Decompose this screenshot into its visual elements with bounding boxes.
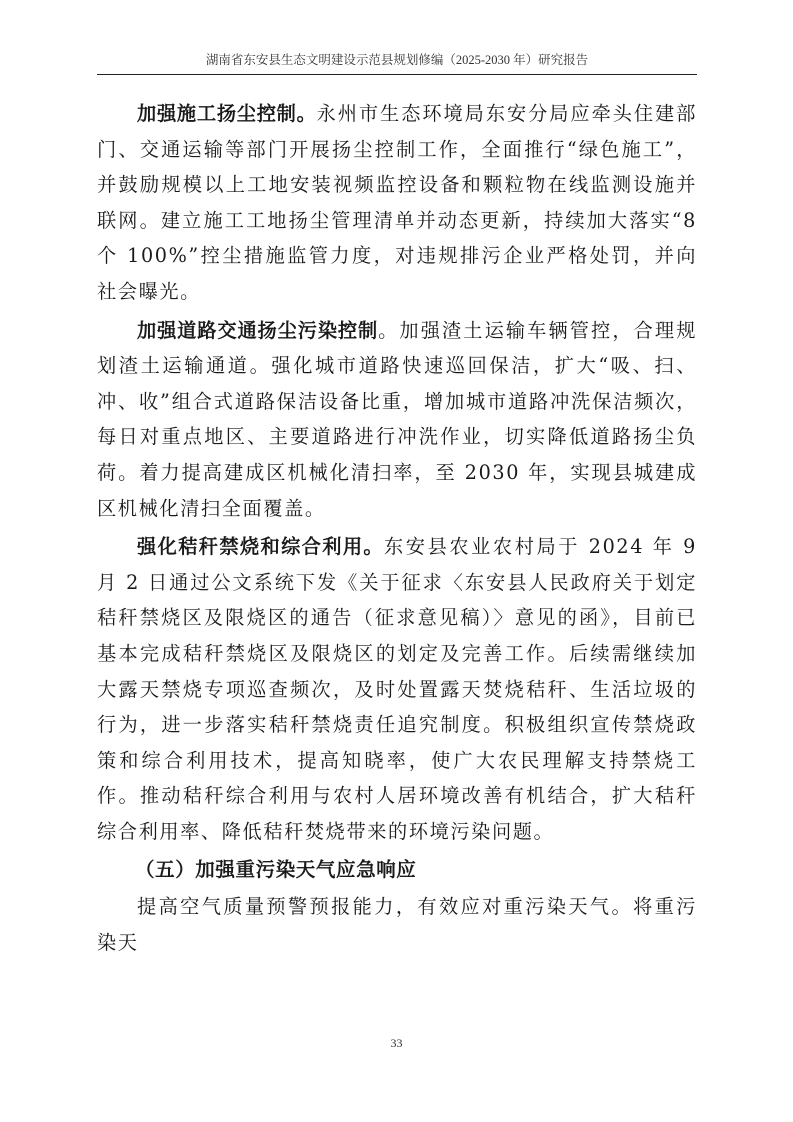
paragraph-lead: 强化秸秆禁烧和综合利用。 bbox=[137, 535, 384, 558]
paragraph-text: 。加强渣土运输车辆管控，合理规划渣土运输通道。强化城市道路快速巡回保洁，扩大“吸… bbox=[97, 319, 697, 520]
paragraph-text: 永州市生态环境局东安分局应牵头住建部门、交通运输等部门开展扬尘控制工作，全面推行… bbox=[97, 102, 697, 303]
page-body: 加强施工扬尘控制。永州市生态环境局东安分局应牵头住建部门、交通运输等部门开展扬尘… bbox=[97, 96, 697, 961]
paragraph-construction-dust: 加强施工扬尘控制。永州市生态环境局东安分局应牵头住建部门、交通运输等部门开展扬尘… bbox=[97, 96, 697, 310]
running-header-title: 湖南省东安县生态文明建设示范县规划修编（2025-2030 年）研究报告 bbox=[206, 53, 588, 67]
paragraph-heavy-pollution: 提高空气质量预警预报能力，有效应对重污染天气。将重污染天 bbox=[97, 889, 697, 960]
running-header: 湖南省东安县生态文明建设示范县规划修编（2025-2030 年）研究报告 bbox=[97, 50, 697, 75]
page-number: 33 bbox=[0, 1036, 793, 1051]
paragraph-text: 东安县农业农村局于 2024 年 9 月 2 日通过公文系统下发《关于征求〈东安… bbox=[97, 535, 697, 843]
paragraph-text: 提高空气质量预警预报能力，有效应对重污染天气。将重污染天 bbox=[97, 895, 697, 954]
section-heading: （五）加强重污染天气应急响应 bbox=[97, 851, 697, 889]
paragraph-road-dust: 加强道路交通扬尘污染控制。加强渣土运输车辆管控，合理规划渣土运输通道。强化城市道… bbox=[97, 313, 697, 527]
paragraph-lead: 加强施工扬尘控制。 bbox=[137, 102, 317, 125]
paragraph-straw-burning: 强化秸秆禁烧和综合利用。东安县农业农村局于 2024 年 9 月 2 日通过公文… bbox=[97, 529, 697, 849]
paragraph-lead: 加强道路交通扬尘污染控制 bbox=[137, 319, 378, 342]
